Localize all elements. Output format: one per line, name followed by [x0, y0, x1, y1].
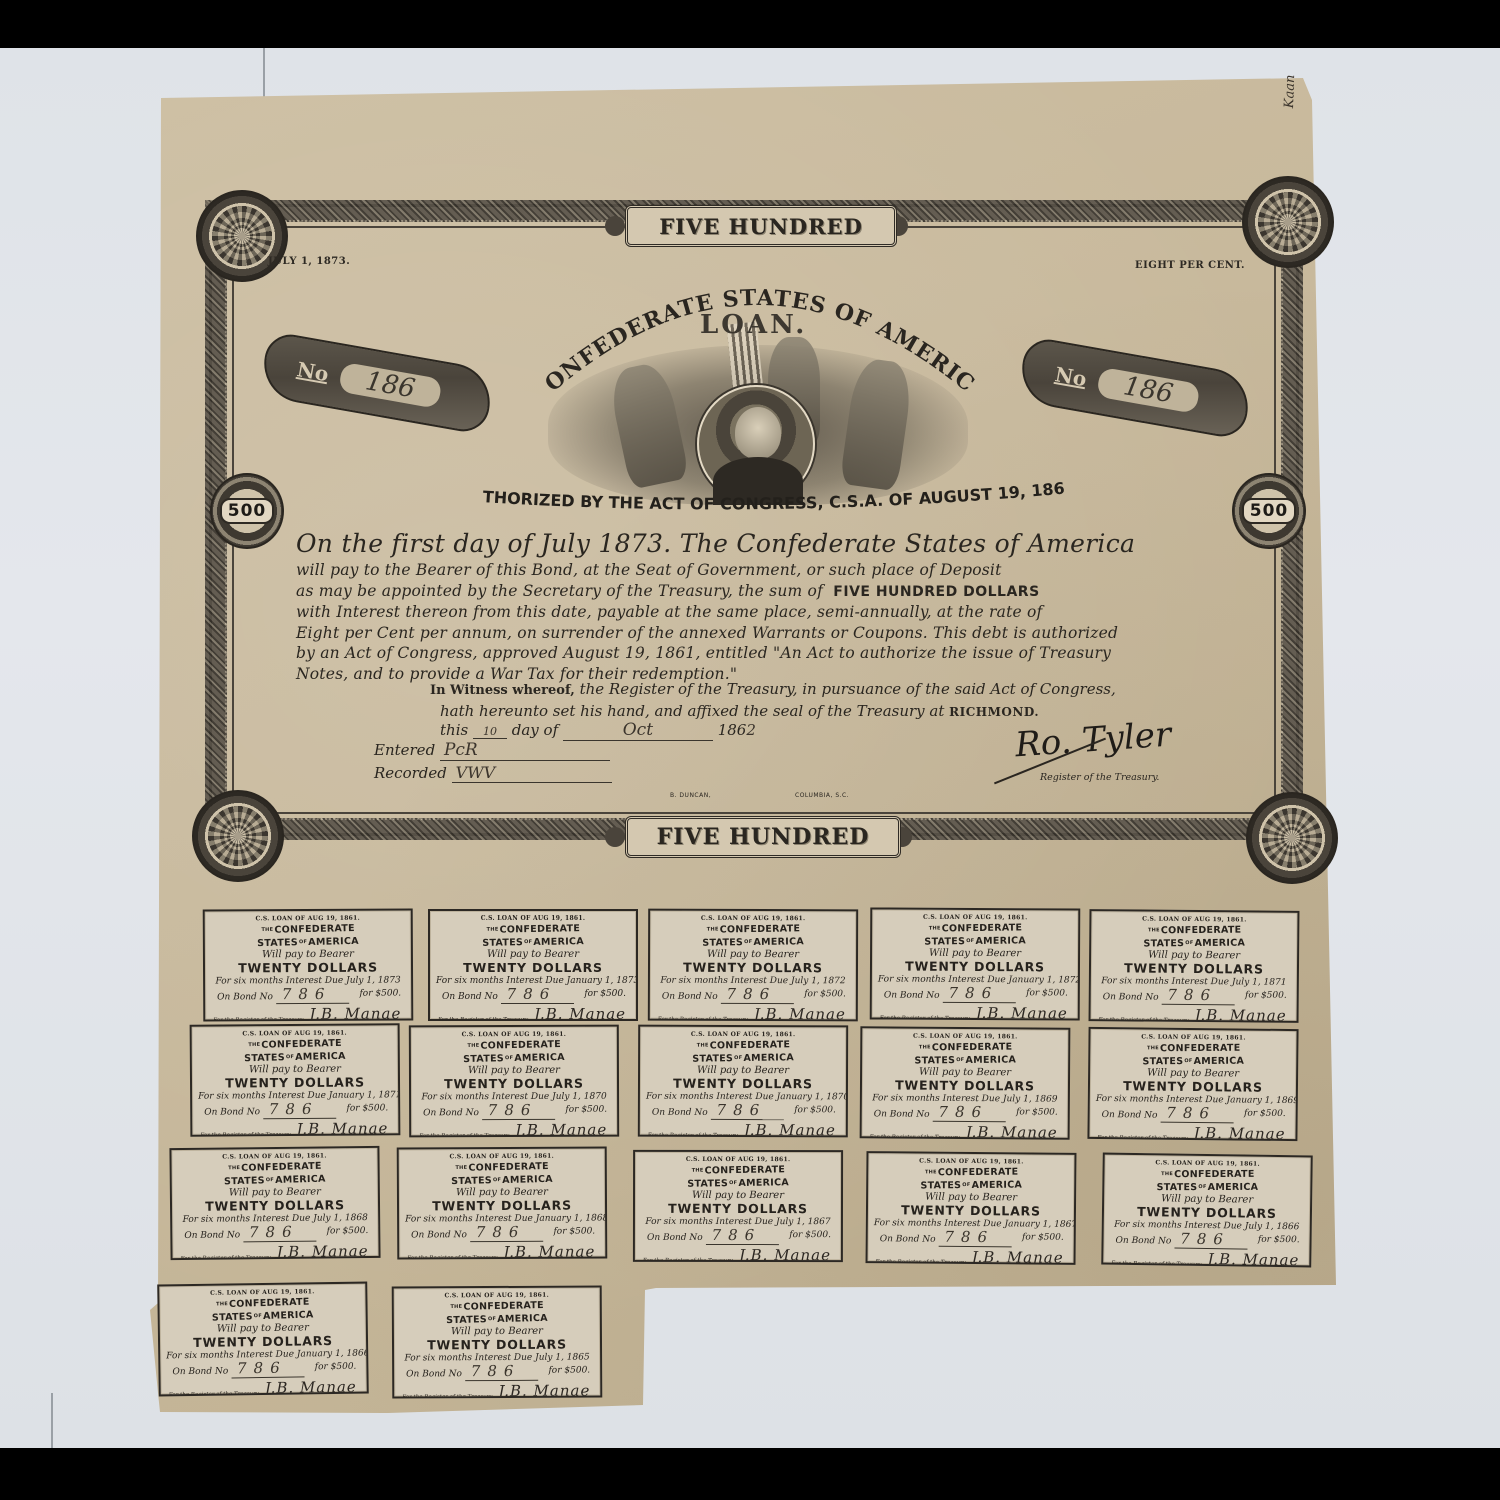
interest-coupon: C.S. LOAN OF AUG 19, 1861. THECONFEDERAT… [157, 1282, 369, 1397]
coupon-bond-line: On Bond No 786 for $500. [1096, 1105, 1290, 1125]
denomination-plate-top: FIVE HUNDRED [625, 205, 897, 247]
loan-heading: LOAN. [700, 310, 807, 340]
interest-coupon: C.S. LOAN OF AUG 19, 1861. THECONFEDERAT… [633, 1150, 843, 1262]
coupon-due-date: January 1, 1866 [297, 1349, 369, 1360]
coupon-bond-line: On Bond No 786 for $500. [1097, 987, 1291, 1007]
letterbox-bottom [0, 1448, 1500, 1500]
coupon-bond-line: On Bond No 786 for $500. [400, 1363, 594, 1382]
coupon-due-date: January 1, 1867 [1004, 1219, 1076, 1230]
coupon-register-line: For the Register of the Treasury J.B. Ma… [1109, 1249, 1303, 1268]
coupon-bond-line: On Bond No 786 for $500. [656, 987, 850, 1006]
coupon-amount: TWENTY DOLLARS [1097, 960, 1291, 977]
interest-coupon: C.S. LOAN OF AUG 19, 1861. THECONFEDERAT… [190, 1023, 401, 1136]
coupon-bond-number: 786 [243, 1223, 317, 1243]
coupon-bond-number: 786 [706, 1226, 780, 1245]
city-name: RICHMOND. [949, 705, 1039, 719]
coupon-title: THECONFEDERATE STATESOFAMERICA [868, 1040, 1062, 1068]
letterbox-top [0, 0, 1500, 48]
coupon-title: THECONFEDERATE STATESOFAMERICA [1110, 1168, 1304, 1195]
coupon-amount: TWENTY DOLLARS [641, 1201, 835, 1216]
coupon-register-line: For the Register of the Treasury J.B. Ma… [1096, 1005, 1290, 1023]
coupon-bond-number: 786 [1161, 986, 1235, 1006]
denomination-plate-bottom: FIVE HUNDRED [625, 816, 901, 858]
coupon-title: THECONFEDERATE STATESOFAMERICA [400, 1298, 595, 1328]
issue-year-digit: 2 [746, 721, 756, 739]
coupon-signature: J.B. Manae [1195, 1006, 1287, 1023]
coupon-bond-line: On Bond No 786 for $500. [198, 1101, 392, 1120]
coupon-due-date: July 1, 1869 [1003, 1094, 1058, 1104]
coupon-bond-number: 786 [263, 1100, 337, 1120]
coupon-will-pay: Will pay to Bearer [436, 949, 630, 960]
coupon-amount: TWENTY DOLLARS [646, 1076, 840, 1092]
coupon-bond-number: 786 [501, 985, 575, 1004]
coupon-signature: J.B. Manae [534, 1005, 626, 1021]
coupon-bond-number: 786 [721, 985, 795, 1004]
coupon-signature: J.B. Manae [265, 1378, 357, 1397]
interest-coupon: C.S. LOAN OF AUG 19, 1861. THECONFEDERAT… [169, 1146, 380, 1260]
coupon-bond-line: On Bond No 786 for $500. [211, 986, 405, 1005]
corner-rosette-icon [1246, 792, 1338, 884]
coupon-due-date: January 1, 1872 [1009, 975, 1081, 985]
coupon-due-date: January 1, 1869 [1226, 1095, 1298, 1106]
maturity-date: JULY 1, 1873. [268, 256, 350, 267]
coupon-due-date: July 1, 1866 [1245, 1222, 1300, 1233]
issue-month: Oct [563, 720, 713, 741]
coupon-amount: TWENTY DOLLARS [400, 1336, 594, 1352]
coupon-bond-number: 786 [1160, 1104, 1234, 1124]
interest-coupon: C.S. LOAN OF AUG 19, 1861. THECONFEDERAT… [648, 909, 858, 1022]
coupon-register-line: For the Register of the Treasury J.B. Ma… [436, 1005, 630, 1021]
coupon-due-date: July 1, 1867 [776, 1217, 831, 1227]
pencil-annotation: Kaan [1282, 74, 1298, 108]
coupon-bond-number: 786 [482, 1101, 556, 1120]
coupon-register-line: For the Register of the Treasury J.B. Ma… [167, 1378, 361, 1397]
coupon-signature: J.B. Manae [515, 1121, 607, 1138]
corner-rosette-icon [196, 190, 288, 282]
coupon-bond-line: On Bond No 786 for $500. [878, 985, 1072, 1004]
coupon-title: THECONFEDERATE STATESOFAMERICA [641, 1162, 835, 1191]
interest-coupon: C.S. LOAN OF AUG 19, 1861. THECONFEDERAT… [1089, 909, 1300, 1023]
coupon-register-line: For the Register of the Treasury J.B. Ma… [211, 1004, 405, 1021]
coupon-title: THECONFEDERATE STATESOFAMERICA [177, 1158, 372, 1189]
witness-clause: In Witness whereof, the Register of the … [430, 679, 1210, 723]
coupon-signature: J.B. Manae [503, 1243, 595, 1260]
coupon-title: THECONFEDERATE STATESOFAMERICA [878, 921, 1072, 949]
corner-rosette-icon [192, 790, 284, 882]
coupon-due-date: January 1, 1868 [536, 1213, 608, 1223]
coupon-register-line: For the Register of the Treasury J.B. Ma… [1095, 1123, 1289, 1141]
coupon-signature: J.B. Manae [966, 1123, 1058, 1140]
coupon-due-date: July 1, 1873 [346, 976, 401, 986]
coupon-signature: J.B. Manae [309, 1005, 401, 1022]
coupon-title: THECONFEDERATE STATESOFAMERICA [417, 1037, 612, 1067]
coupon-title: THECONFEDERATE STATESOFAMERICA [436, 921, 630, 950]
serial-number: 186 [1096, 367, 1201, 414]
svg-text:AUTHORIZED BY THE ACT OF CONGR: AUTHORIZED BY THE ACT OF CONGRESS, C.S.A… [470, 480, 1065, 513]
coupon-due-date: January 1, 1871 [329, 1090, 401, 1101]
coupon-bond-number: 786 [942, 984, 1016, 1003]
serial-number: 186 [338, 362, 443, 409]
coupon-signature: J.B. Manae [754, 1005, 846, 1021]
coupon-title: THECONFEDERATE STATESOFAMERICA [1096, 1041, 1290, 1068]
coupon-signature: J.B. Manae [296, 1119, 388, 1136]
coupon-due-date: July 1, 1871 [1232, 977, 1287, 987]
coupon-amount: TWENTY DOLLARS [417, 1076, 611, 1092]
coupon-register-line: For the Register of the Treasury J.B. Ma… [400, 1381, 594, 1398]
backdrop-seam [51, 1393, 53, 1448]
coupon-register-line: For the Register of the Treasury J.B. Ma… [405, 1242, 599, 1259]
coupon-will-pay: Will pay to Bearer [641, 1190, 835, 1201]
interest-rate: EIGHT PER CENT. [1135, 260, 1245, 271]
coupon-signature: J.B. Manae [744, 1121, 836, 1137]
coupon-will-pay: Will pay to Bearer [656, 949, 850, 961]
coupon-title: THECONFEDERATE STATESOFAMERICA [1097, 923, 1291, 951]
interest-coupon: C.S. LOAN OF AUG 19, 1861. THECONFEDERAT… [870, 907, 1081, 1020]
coupon-title: THECONFEDERATE STATESOFAMERICA [874, 1165, 1068, 1193]
coupon-will-pay: Will pay to Bearer [646, 1065, 840, 1077]
coupon-amount: TWENTY DOLLARS [211, 959, 405, 975]
coupon-bond-line: On Bond No 786 for $500. [417, 1103, 611, 1122]
coupon-bond-line: On Bond No 786 for $500. [405, 1224, 599, 1243]
coupon-amount: TWENTY DOLLARS [868, 1077, 1062, 1093]
entered-line: Entered PcR [374, 740, 610, 761]
corner-rosette-icon [1242, 176, 1334, 268]
coupon-signature: J.B. Manae [739, 1246, 831, 1262]
coupon-bond-line: On Bond No 786 for $500. [436, 987, 630, 1005]
coupon-due-date: July 1, 1872 [791, 976, 846, 986]
coupon-title: THECONFEDERATE STATESOFAMERICA [646, 1038, 840, 1067]
coupon-register-line: For the Register of the Treasury J.B. Ma… [178, 1242, 372, 1260]
coupon-amount: TWENTY DOLLARS [878, 958, 1072, 974]
coupon-title: THECONFEDERATE STATESOFAMERICA [198, 1036, 393, 1067]
coupon-register-line: For the Register of the Treasury J.B. Ma… [641, 1246, 835, 1262]
coupon-signature: J.B. Manae [498, 1382, 590, 1399]
interest-coupon: C.S. LOAN OF AUG 19, 1861. THECONFEDERAT… [409, 1025, 619, 1138]
coupon-bond-number: 786 [932, 1103, 1006, 1123]
coupon-bond-number: 786 [938, 1228, 1012, 1248]
coupon-register-line: For the Register of the Treasury J.B. Ma… [873, 1247, 1067, 1265]
coupon-bond-number: 786 [231, 1358, 305, 1378]
authorization-banner: AUTHORIZED BY THE ACT OF CONGRESS, C.S.A… [470, 480, 1070, 520]
coupon-bond-number: 786 [465, 1362, 539, 1381]
coupon-title: THECONFEDERATE STATESOFAMERICA [211, 921, 406, 951]
coupon-bond-number: 786 [276, 985, 350, 1004]
coupon-bond-line: On Bond No 786 for $500. [641, 1228, 835, 1246]
coupon-amount: TWENTY DOLLARS [656, 960, 850, 976]
interest-coupon: C.S. LOAN OF AUG 19, 1861. THECONFEDERAT… [860, 1026, 1071, 1139]
coupon-bond-line: On Bond No 786 for $500. [874, 1229, 1068, 1249]
coupon-title: THECONFEDERATE STATESOFAMERICA [656, 922, 850, 951]
coupon-title: THECONFEDERATE STATESOFAMERICA [405, 1159, 600, 1189]
interest-coupon: C.S. LOAN OF AUG 19, 1861. THECONFEDERAT… [428, 909, 638, 1021]
coupon-due-date: July 1, 1865 [535, 1353, 590, 1363]
coupon-due-date: July 1, 1868 [313, 1213, 368, 1224]
interest-coupon: C.S. LOAN OF AUG 19, 1861. THECONFEDERAT… [203, 908, 414, 1021]
coupon-bond-line: On Bond No 786 for $500. [646, 1103, 840, 1122]
coupon-register-line: For the Register of the Treasury J.B. Ma… [868, 1122, 1062, 1139]
coupon-bond-number: 786 [470, 1223, 544, 1242]
interest-coupon: C.S. LOAN OF AUG 19, 1861. THECONFEDERAT… [1101, 1153, 1313, 1268]
coupon-bond-number: 786 [711, 1101, 785, 1120]
coupon-signature: J.B. Manae [1193, 1124, 1285, 1141]
issue-date-line: this 10 day of Oct 1862 [440, 720, 756, 741]
interest-coupon: C.S. LOAN OF AUG 19, 1861. THECONFEDERAT… [1087, 1027, 1298, 1141]
backdrop-seam [263, 48, 265, 98]
printer-imprint: B. DUNCAN, [670, 792, 711, 799]
coupon-bond-number: 786 [1174, 1230, 1248, 1250]
interest-coupon: C.S. LOAN OF AUG 19, 1861. THECONFEDERAT… [638, 1025, 848, 1138]
coupon-amount: TWENTY DOLLARS [405, 1197, 599, 1213]
recorded-line: Recorded VWV [374, 763, 612, 783]
coupon-amount: TWENTY DOLLARS [874, 1202, 1068, 1219]
interest-coupon: C.S. LOAN OF AUG 19, 1861. THECONFEDERAT… [392, 1285, 603, 1398]
bond-promise-text: On the first day of July 1873. The Confe… [296, 528, 1201, 684]
coupon-bond-line: On Bond No 786 for $500. [178, 1224, 372, 1244]
coupon-register-line: For the Register of the Treasury J.B. Ma… [646, 1121, 840, 1138]
coupon-bond-line: On Bond No 786 for $500. [1109, 1231, 1303, 1252]
interest-coupon: C.S. LOAN OF AUG 19, 1861. THECONFEDERAT… [866, 1151, 1077, 1265]
coupon-register-line: For the Register of the Treasury J.B. Ma… [656, 1005, 850, 1022]
printer-location: COLUMBIA, S.C. [795, 792, 849, 799]
coupon-signature: J.B. Manae [976, 1004, 1068, 1021]
coupon-signature: J.B. Manae [1207, 1250, 1299, 1267]
coupon-due-date: July 1, 1870 [552, 1092, 607, 1102]
coupon-signature: J.B. Manae [277, 1242, 369, 1260]
interest-coupon: C.S. LOAN OF AUG 19, 1861. THECONFEDERAT… [397, 1146, 608, 1259]
register-title: Register of the Treasury. [1040, 772, 1159, 783]
coupon-register-line: For the Register of the Treasury J.B. Ma… [198, 1119, 392, 1136]
amount-words: FIVE HUNDRED DOLLARS [833, 584, 1039, 600]
coupon-due-date: January 1, 1870 [777, 1092, 849, 1102]
denomination-medallion-right: 500 [1232, 473, 1306, 549]
recorded-initials: VWV [452, 763, 612, 783]
coupon-register-line: For the Register of the Treasury J.B. Ma… [878, 1003, 1072, 1020]
coupon-amount: TWENTY DOLLARS [436, 960, 630, 975]
coupon-bond-line: On Bond No 786 for $500. [868, 1104, 1062, 1123]
coupon-amount: TWENTY DOLLARS [198, 1074, 392, 1090]
issue-day: 10 [473, 725, 507, 739]
coupon-register-line: For the Register of the Treasury J.B. Ma… [417, 1121, 611, 1138]
entered-initials: PcR [440, 740, 610, 761]
coupon-due-date: January 1, 1873 [567, 976, 638, 986]
coupon-signature: J.B. Manae [972, 1248, 1064, 1265]
denomination-medallion-left: 500 [210, 473, 284, 549]
